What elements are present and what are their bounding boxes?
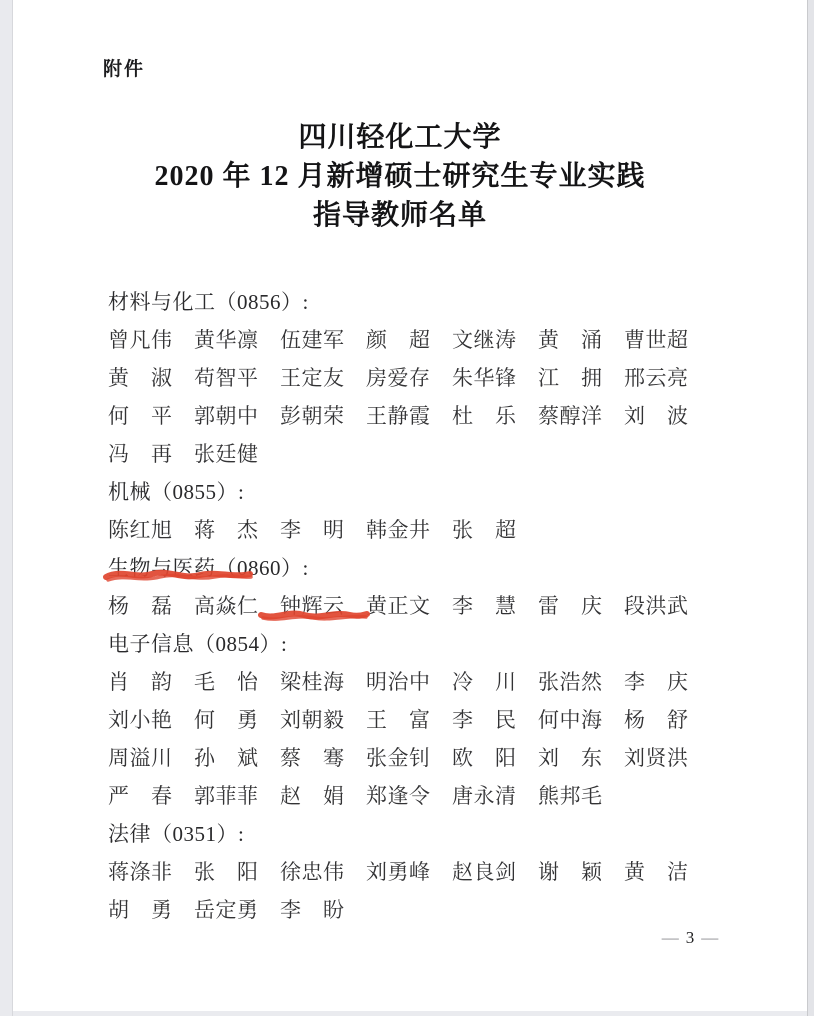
name-row: 陈红旭 蒋 杰 李 明 韩金井 张 超 <box>108 511 728 549</box>
page-edge-right <box>807 0 814 1016</box>
name-row: 曾凡伟 黄华凛 伍建军 颜 超 文继涛 黄 涌 曹世超 <box>108 321 728 359</box>
name-row: 严 春 郭菲菲 赵 娟 郑逢令 唐永清 熊邦毛 <box>108 777 728 815</box>
name-row: 黄 淑 苟智平 王定友 房爱存 朱华锋 江 拥 邢云亮 <box>108 359 728 397</box>
title-line-2: 2020 年 12 月新增硕士研究生专业实践 <box>100 157 700 196</box>
page-edge-bottom <box>13 1011 807 1016</box>
section-heading-law: 法律（0351）: <box>108 815 728 853</box>
title-line-1: 四川轻化工大学 <box>100 118 700 157</box>
page-edge-left <box>0 0 13 1016</box>
name-row: 何 平 郭朝中 彭朝荣 王静霞 杜 乐 蔡醇洋 刘 波 <box>108 397 728 435</box>
section-heading-materials-chemical: 材料与化工（0856）: <box>108 283 728 321</box>
name-row: 杨 磊 高焱仁 钟辉云 黄正文 李 慧 雷 庆 段洪武 <box>108 587 728 625</box>
name-row: 蒋涤非 张 阳 徐忠伟 刘勇峰 赵良剑 谢 颖 黄 洁 <box>108 853 728 891</box>
name-row: 胡 勇 岳定勇 李 盼 <box>108 891 728 929</box>
name-row: 周溢川 孙 斌 蔡 骞 张金钊 欧 阳 刘 东 刘贤洪 <box>108 739 728 777</box>
name-row: 刘小艳 何 勇 刘朝毅 王 富 李 民 何中海 杨 舒 <box>108 701 728 739</box>
page-number-left-dash: — <box>655 928 686 947</box>
scanned-document-page: 附件 四川轻化工大学 2020 年 12 月新增硕士研究生专业实践 指导教师名单… <box>0 0 814 1016</box>
page-number: —3— <box>640 928 740 948</box>
document-title: 四川轻化工大学 2020 年 12 月新增硕士研究生专业实践 指导教师名单 <box>100 118 700 235</box>
name-row: 肖 韵 毛 怡 梁桂海 明治中 冷 川 张浩然 李 庆 <box>108 663 728 701</box>
name-row: 冯 再 张廷健 <box>108 435 728 473</box>
section-heading-biomedicine: 生物与医药（0860）: <box>108 549 728 587</box>
section-heading-mechanical: 机械（0855）: <box>108 473 728 511</box>
attachment-label: 附件 <box>103 54 145 81</box>
page-number-right-dash: — <box>694 928 725 947</box>
section-heading-electronic-information: 电子信息（0854）: <box>108 625 728 663</box>
teacher-list: 材料与化工（0856）: 曾凡伟 黄华凛 伍建军 颜 超 文继涛 黄 涌 曹世超… <box>108 283 728 929</box>
page-number-value: 3 <box>686 928 695 947</box>
title-line-3: 指导教师名单 <box>100 196 700 235</box>
